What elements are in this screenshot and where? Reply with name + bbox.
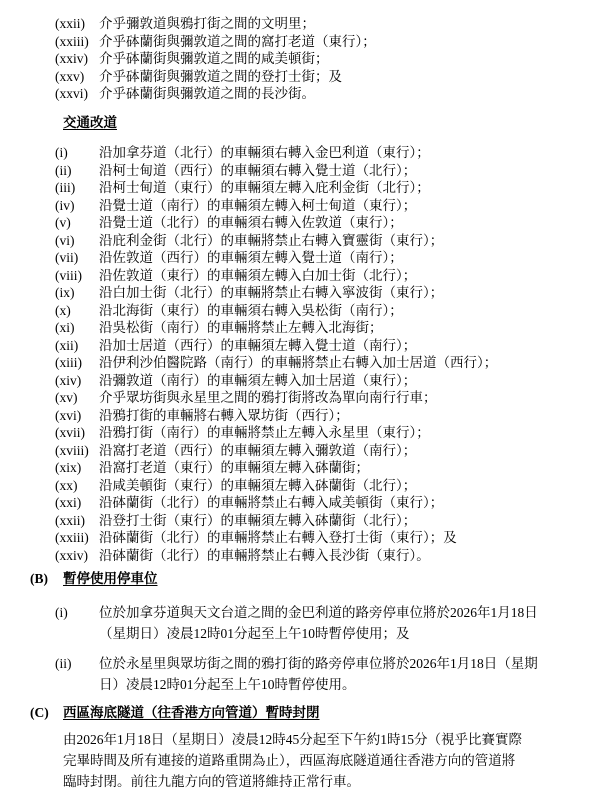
list-item-text: 沿鴉打街的車輛將右轉入眾坊街（西行）；: [99, 407, 560, 425]
list-item-number: (xii): [55, 337, 99, 355]
list-item: (i)沿加拿芬道（北行）的車輛須右轉入金巴利道（東行）；: [55, 144, 560, 162]
closed-streets-list: (xxii)介乎彌敦道與鴉打街之間的文明里；(xxiii)介乎砵蘭街與彌敦道之間…: [55, 15, 560, 103]
list-item-text: 沿砵蘭街（北行）的車輛將禁止右轉入登打士街（東行）；及: [99, 529, 560, 547]
traffic-diversion-section: 交通改道: [63, 114, 600, 132]
list-item-number: (xi): [55, 319, 99, 337]
list-item: (v)沿覺士道（北行）的車輛須右轉入佐敦道（東行）；: [55, 214, 560, 232]
list-item-text: 介乎砵蘭街與彌敦道之間的咸美頓街；: [99, 50, 560, 68]
list-item-text: 沿白加士街（北行）的車輛將禁止右轉入寧波街（東行）；: [99, 284, 560, 302]
list-item: (i)位於加拿芬道與天文台道之間的金巴利道的路旁停車位將於2026年1月18日（…: [55, 602, 560, 644]
list-item-number: (xxiv): [55, 50, 99, 68]
list-item-number: (xxii): [55, 15, 99, 33]
list-item-number: (ii): [55, 162, 99, 180]
list-item-text: 沿加士居道（西行）的車輛須左轉入覺士道（南行）；: [99, 337, 560, 355]
list-item-text: 沿佐敦道（西行）的車輛須左轉入覺士道（南行）；: [99, 249, 560, 267]
list-item-number: (xiv): [55, 372, 99, 390]
list-item-number: (xxvi): [55, 85, 99, 103]
list-item: (xx)沿咸美頓街（東行）的車輛須左轉入砵蘭街（北行）；: [55, 477, 560, 495]
list-item: (xviii)沿窩打老道（西行）的車輛須左轉入彌敦道（南行）；: [55, 442, 560, 460]
list-item-text: 沿窩打老道（西行）的車輛須左轉入彌敦道（南行）；: [99, 442, 560, 460]
list-item: (xxiii)介乎砵蘭街與彌敦道之間的窩打老道（東行）；: [55, 33, 560, 51]
list-item: (xxiv)沿砵蘭街（北行）的車輛將禁止右轉入長沙街（東行）。: [55, 547, 560, 565]
list-item: (iii)沿柯士甸道（東行）的車輛須左轉入庇利金街（北行）；: [55, 179, 560, 197]
section-c-label: (C): [30, 704, 63, 722]
list-item: (xi)沿吳松街（南行）的車輛將禁止左轉入北海街；: [55, 319, 560, 337]
list-item-text: 沿覺士道（北行）的車輛須右轉入佐敦道（東行）；: [99, 214, 560, 232]
tunnel-closure-paragraph: 由2026年1月18日（星期日）凌晨12時45分起至下午約1時15分（視乎比賽實…: [63, 729, 523, 792]
list-item: (x)沿北海街（東行）的車輛須右轉入吳松街（南行）；: [55, 302, 560, 320]
list-item-text: 沿庇利金街（北行）的車輛將禁止右轉入寶靈街（東行）；: [99, 232, 560, 250]
list-item-number: (xxi): [55, 494, 99, 512]
traffic-diversion-list: (i)沿加拿芬道（北行）的車輛須右轉入金巴利道（東行）；(ii)沿柯士甸道（西行…: [55, 144, 560, 564]
list-item-number: (vi): [55, 232, 99, 250]
list-item: (xiv)沿彌敦道（南行）的車輛須左轉入加士居道（東行）；: [55, 372, 560, 390]
list-item: (xii)沿加士居道（西行）的車輛須左轉入覺士道（南行）；: [55, 337, 560, 355]
list-item-number: (x): [55, 302, 99, 320]
list-item-text: 介乎砵蘭街與彌敦道之間的窩打老道（東行）；: [99, 33, 560, 51]
parking-suspension-section-header: (B) 暫停使用停車位: [30, 570, 600, 588]
list-item-number: (ix): [55, 284, 99, 302]
list-item: (vi)沿庇利金街（北行）的車輛將禁止右轉入寶靈街（東行）；: [55, 232, 560, 250]
list-item-text: 沿鴉打街（南行）的車輛將禁止左轉入永星里（東行）；: [99, 424, 560, 442]
list-item-number: (iv): [55, 197, 99, 215]
list-item-text: 沿柯士甸道（西行）的車輛須右轉入覺士道（北行）；: [99, 162, 560, 180]
list-item-text: 沿覺士道（南行）的車輛須左轉入柯士甸道（東行）；: [99, 197, 560, 215]
parking-suspension-list: (i)位於加拿芬道與天文台道之間的金巴利道的路旁停車位將於2026年1月18日（…: [55, 602, 560, 695]
list-item: (vii)沿佐敦道（西行）的車輛須左轉入覺士道（南行）；: [55, 249, 560, 267]
list-item-number: (i): [55, 602, 99, 623]
traffic-diversion-heading: 交通改道: [63, 115, 117, 130]
list-item-number: (xxiii): [55, 33, 99, 51]
list-item-number: (xvi): [55, 407, 99, 425]
list-item: (xxiv)介乎砵蘭街與彌敦道之間的咸美頓街；: [55, 50, 560, 68]
list-item-text: 沿登打士街（東行）的車輛須左轉入砵蘭街（北行）；: [99, 512, 560, 530]
list-item: (viii)沿佐敦道（東行）的車輛須左轉入白加士街（北行）；: [55, 267, 560, 285]
list-item: (xxii)沿登打士街（東行）的車輛須左轉入砵蘭街（北行）；: [55, 512, 560, 530]
list-item-text: 沿柯士甸道（東行）的車輛須左轉入庇利金街（北行）；: [99, 179, 560, 197]
list-item-number: (xxiv): [55, 547, 99, 565]
list-item-text: 沿窩打老道（東行）的車輛須左轉入砵蘭街；: [99, 459, 560, 477]
list-item-number: (vii): [55, 249, 99, 267]
list-item-number: (iii): [55, 179, 99, 197]
list-item: (xxii)介乎彌敦道與鴉打街之間的文明里；: [55, 15, 560, 33]
tunnel-closure-section-header: (C) 西區海底隧道（往香港方向管道）暫時封閉: [30, 704, 600, 722]
list-item-text: 位於永星里與眾坊街之間的鴉打街的路旁停車位將於2026年1月18日（星期日）凌晨…: [99, 653, 543, 695]
list-item-number: (i): [55, 144, 99, 162]
list-item: (ix)沿白加士街（北行）的車輛將禁止右轉入寧波街（東行）；: [55, 284, 560, 302]
list-item-text: 介乎砵蘭街與彌敦道之間的長沙街。: [99, 85, 560, 103]
list-item-text: 沿伊利沙伯醫院路（南行）的車輛將禁止右轉入加士居道（西行）；: [99, 354, 560, 372]
list-item: (xv)介乎眾坊街與永星里之間的鴉打街將改為單向南行行車；: [55, 389, 560, 407]
list-item-text: 介乎彌敦道與鴉打街之間的文明里；: [99, 15, 560, 33]
list-item-number: (xxii): [55, 512, 99, 530]
list-item-text: 介乎砵蘭街與彌敦道之間的登打士街；及: [99, 68, 560, 86]
list-item: (xvii)沿鴉打街（南行）的車輛將禁止左轉入永星里（東行）；: [55, 424, 560, 442]
list-item-text: 沿砵蘭街（北行）的車輛將禁止右轉入長沙街（東行）。: [99, 547, 560, 565]
list-item-number: (xv): [55, 389, 99, 407]
list-item: (xxi)沿砵蘭街（北行）的車輛將禁止右轉入咸美頓街（東行）；: [55, 494, 560, 512]
list-item-number: (xxiii): [55, 529, 99, 547]
list-item: (xxiii)沿砵蘭街（北行）的車輛將禁止右轉入登打士街（東行）；及: [55, 529, 560, 547]
list-item-number: (xix): [55, 459, 99, 477]
list-item-text: 介乎眾坊街與永星里之間的鴉打街將改為單向南行行車；: [99, 389, 560, 407]
list-item-number: (ii): [55, 653, 99, 674]
list-item-number: (xviii): [55, 442, 99, 460]
traffic-notice-page: (xxii)介乎彌敦道與鴉打街之間的文明里；(xxiii)介乎砵蘭街與彌敦道之間…: [0, 0, 600, 797]
list-item-text: 沿加拿芬道（北行）的車輛須右轉入金巴利道（東行）；: [99, 144, 560, 162]
list-item-number: (viii): [55, 267, 99, 285]
section-b-label: (B): [30, 570, 63, 588]
list-item: (ii)位於永星里與眾坊街之間的鴉打街的路旁停車位將於2026年1月18日（星期…: [55, 653, 560, 695]
list-item: (xvi)沿鴉打街的車輛將右轉入眾坊街（西行）；: [55, 407, 560, 425]
list-item-text: 沿北海街（東行）的車輛須右轉入吳松街（南行）；: [99, 302, 560, 320]
list-item-text: 沿佐敦道（東行）的車輛須左轉入白加士街（北行）；: [99, 267, 560, 285]
list-item-text: 沿砵蘭街（北行）的車輛將禁止右轉入咸美頓街（東行）；: [99, 494, 560, 512]
list-item-text: 沿咸美頓街（東行）的車輛須左轉入砵蘭街（北行）；: [99, 477, 560, 495]
list-item: (xxv)介乎砵蘭街與彌敦道之間的登打士街；及: [55, 68, 560, 86]
list-item-number: (v): [55, 214, 99, 232]
list-item: (iv)沿覺士道（南行）的車輛須左轉入柯士甸道（東行）；: [55, 197, 560, 215]
list-item-number: (xvii): [55, 424, 99, 442]
list-item: (xiii)沿伊利沙伯醫院路（南行）的車輛將禁止右轉入加士居道（西行）；: [55, 354, 560, 372]
list-item: (xxvi)介乎砵蘭街與彌敦道之間的長沙街。: [55, 85, 560, 103]
parking-suspension-heading: 暫停使用停車位: [63, 570, 158, 588]
list-item: (xix)沿窩打老道（東行）的車輛須左轉入砵蘭街；: [55, 459, 560, 477]
list-item-text: 沿吳松街（南行）的車輛將禁止左轉入北海街；: [99, 319, 560, 337]
list-item-text: 沿彌敦道（南行）的車輛須左轉入加士居道（東行）；: [99, 372, 560, 390]
list-item-number: (xxv): [55, 68, 99, 86]
list-item-text: 位於加拿芬道與天文台道之間的金巴利道的路旁停車位將於2026年1月18日（星期日…: [99, 602, 543, 644]
list-item-number: (xx): [55, 477, 99, 495]
list-item-number: (xiii): [55, 354, 99, 372]
tunnel-closure-heading: 西區海底隧道（往香港方向管道）暫時封閉: [63, 704, 320, 722]
list-item: (ii)沿柯士甸道（西行）的車輛須右轉入覺士道（北行）；: [55, 162, 560, 180]
